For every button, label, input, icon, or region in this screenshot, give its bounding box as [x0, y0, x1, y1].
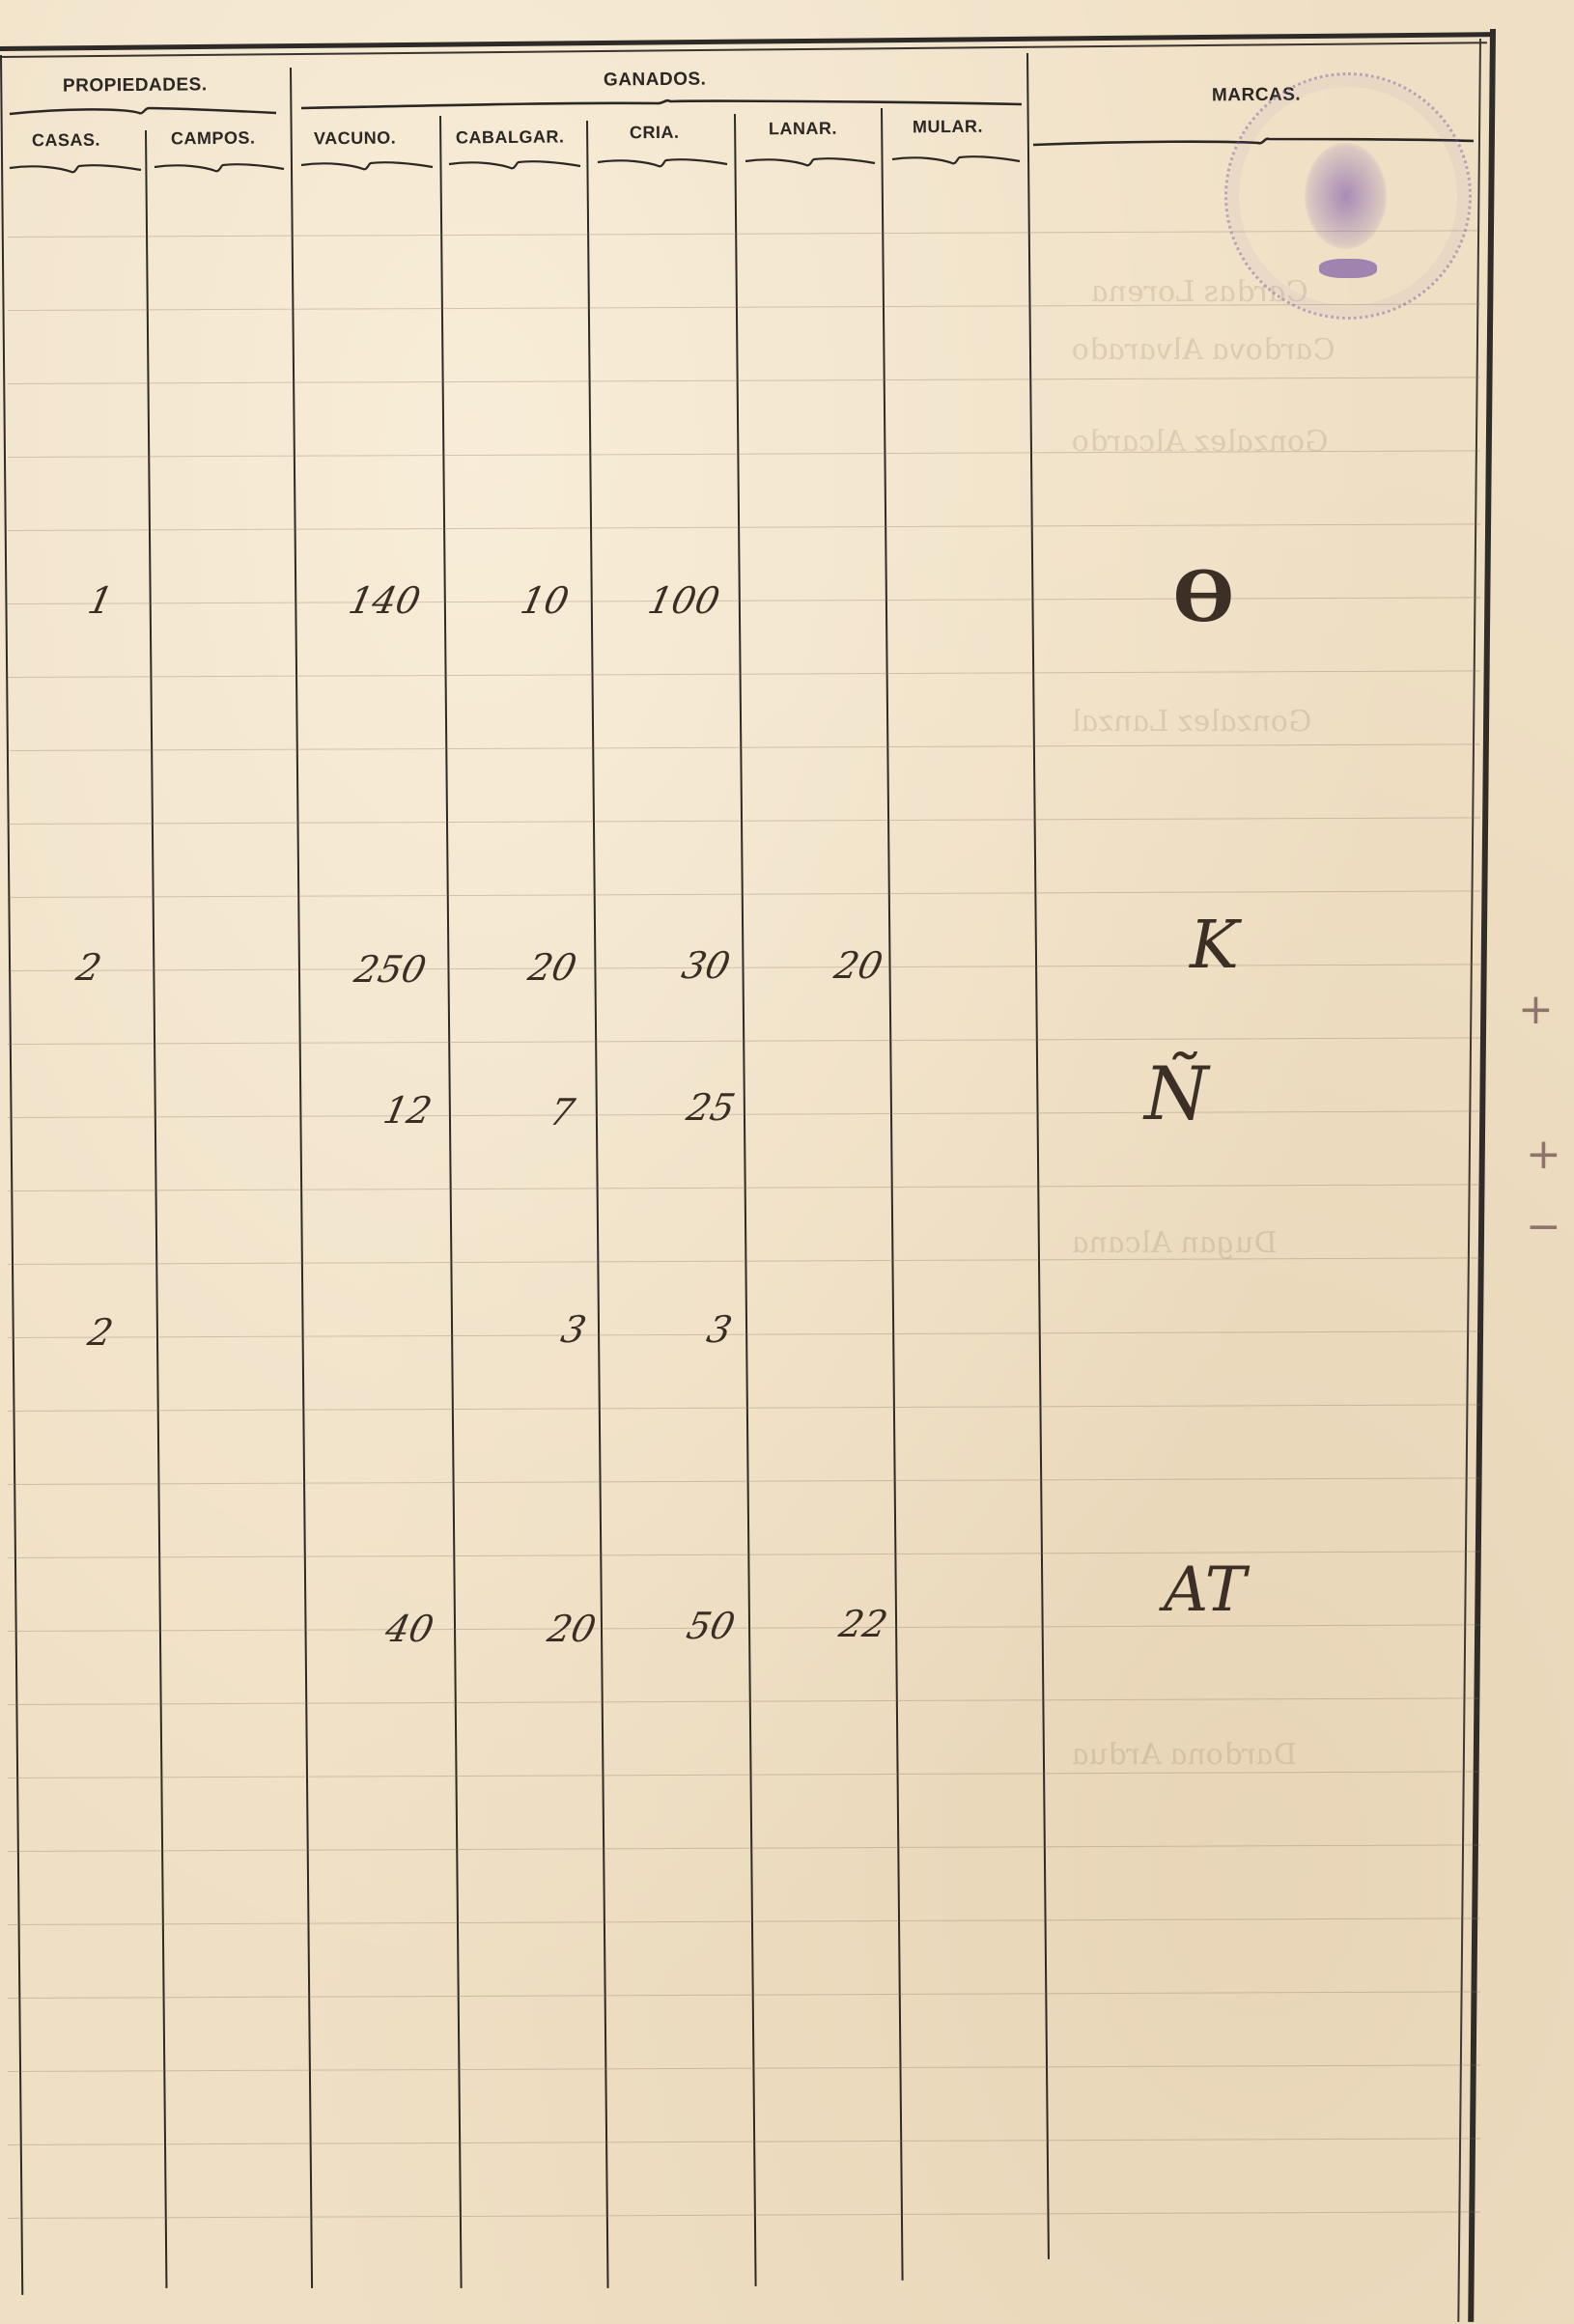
row5-brand-mark: AT [1164, 1554, 1246, 1626]
header-propiedades: PROPIEDADES. [63, 74, 208, 97]
header-campos: CAMPOS. [171, 128, 256, 150]
column-divider [290, 68, 313, 2288]
seal-ink-blot [1319, 259, 1377, 278]
ruled-line [8, 2064, 1480, 2072]
ruled-line [8, 597, 1480, 604]
row1-vacuno: 140 [345, 579, 424, 622]
row2-vacuno: 250 [351, 948, 430, 991]
ruled-line [8, 670, 1480, 678]
header-ganados: GANADOS. [604, 70, 707, 92]
subheader-flourish [744, 155, 877, 169]
row4-cabalgar: 3 [557, 1308, 590, 1351]
ruled-line [8, 1991, 1480, 1999]
subheader-flourish [8, 162, 143, 176]
row3-cria: 25 [683, 1086, 739, 1129]
subheader-flourish [447, 158, 582, 172]
row1-casas: 1 [84, 579, 117, 622]
bleed-through-text: Gonzalez Alcardo [1069, 425, 1331, 459]
bleed-through-text: Gonzalez Lanzal [1069, 705, 1314, 739]
header-vacuno: VACUNO. [314, 128, 396, 150]
row2-cabalgar: 20 [524, 946, 580, 989]
ruled-line [8, 1697, 1480, 1705]
ruled-line [8, 890, 1480, 898]
column-divider [734, 114, 756, 2286]
row1-cabalgar: 10 [517, 579, 573, 622]
header-cria: CRIA. [630, 123, 680, 143]
column-divider [1026, 53, 1050, 2259]
ruled-line [8, 1624, 1480, 1632]
margin-plus-mark: + [1518, 985, 1554, 1034]
header-lanar: LANAR. [769, 119, 837, 140]
row3-vacuno: 12 [379, 1089, 436, 1132]
row1-cria: 100 [644, 579, 723, 622]
ruled-line [8, 817, 1480, 825]
row5-lanar: 22 [835, 1603, 891, 1645]
row2-casas: 2 [72, 946, 105, 989]
subheader-flourish [299, 159, 435, 173]
ruled-line [8, 743, 1480, 751]
ledger-page: Cardas Lorena Cardova Alvarado Gonzalez … [0, 0, 1574, 2324]
ruled-line [8, 2211, 1480, 2219]
ruled-line [8, 964, 1480, 971]
right-border-thin [1457, 39, 1480, 2322]
ruled-line [8, 2138, 1480, 2145]
right-border-thick [1468, 29, 1496, 2322]
header-flourish [8, 104, 278, 118]
row2-brand-mark: K [1190, 908, 1239, 984]
header-casas: CASAS. [32, 130, 100, 152]
row1-brand-mark: Ɵ [1173, 555, 1234, 637]
ruled-line [8, 1551, 1480, 1558]
ruled-line [8, 1477, 1480, 1485]
subheader-flourish [890, 154, 1022, 167]
ruled-line [8, 1404, 1480, 1412]
column-divider [586, 121, 608, 2288]
ruled-line [8, 1918, 1480, 1925]
column-divider [0, 55, 23, 2295]
bleed-through-text: Dugan Alcana [1069, 1226, 1280, 1260]
row5-cria: 50 [683, 1605, 739, 1647]
header-flourish [299, 97, 1024, 110]
subheader-flourish [596, 156, 729, 170]
row2-lanar: 20 [830, 944, 886, 987]
bleed-through-text: Cardova Alvarado [1069, 333, 1338, 367]
row5-cabalgar: 20 [544, 1608, 600, 1650]
subheader-flourish [153, 161, 286, 175]
margin-plus-mark: + [1526, 1130, 1561, 1179]
header-mular: MULAR. [913, 117, 983, 138]
row4-cria: 3 [703, 1308, 736, 1351]
row3-brand-mark: Ñ [1144, 1050, 1209, 1136]
column-divider [145, 130, 167, 2288]
ruled-line [8, 523, 1480, 531]
ruled-line [8, 1330, 1480, 1338]
ruled-line [8, 1844, 1480, 1852]
margin-minus-mark: − [1526, 1202, 1561, 1251]
ruled-line [8, 1771, 1480, 1778]
row3-cabalgar: 7 [546, 1091, 578, 1134]
row2-cria: 30 [678, 944, 734, 987]
row5-vacuno: 40 [381, 1608, 437, 1650]
header-cabalgar: CABALGAR. [456, 127, 565, 149]
official-seal-stamp [1224, 72, 1472, 320]
ruled-line [8, 377, 1480, 384]
seal-emblem [1305, 143, 1387, 249]
bleed-through-text: Dardona Ardua [1069, 1738, 1300, 1772]
column-divider [881, 108, 903, 2281]
column-divider [439, 116, 462, 2288]
row4-casas: 2 [84, 1311, 117, 1354]
